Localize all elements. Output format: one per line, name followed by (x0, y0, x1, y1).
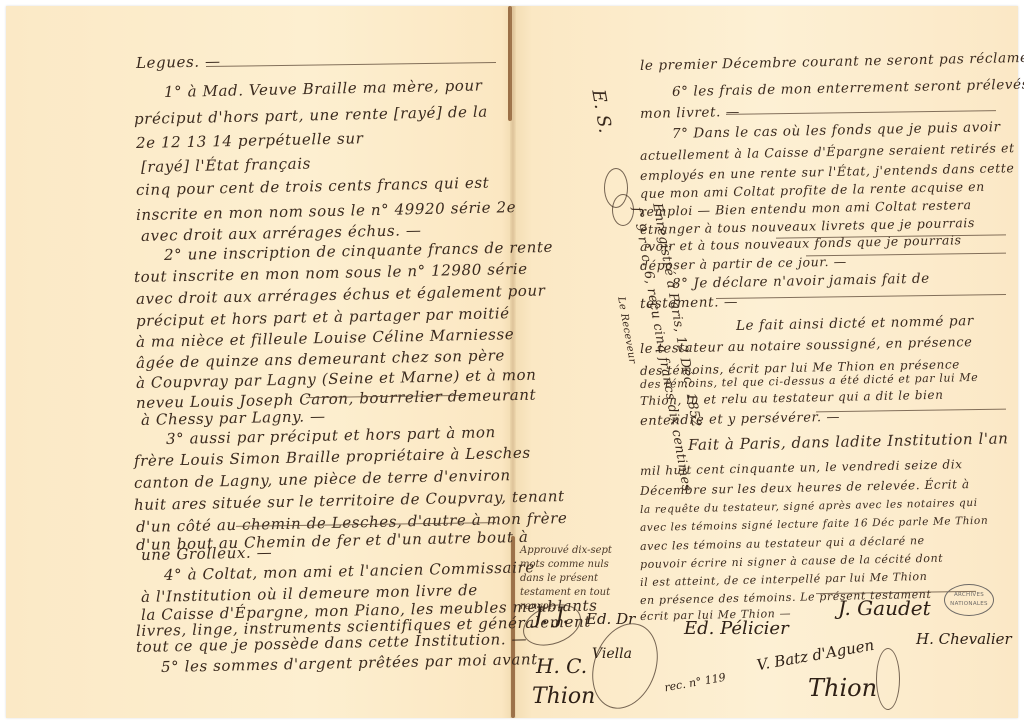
handwritten-line: 6° les frais de mon enterrement seront p… (672, 76, 1024, 100)
registration-flourish (612, 194, 634, 226)
signature: Thion (532, 684, 595, 709)
folio-note: rec. n° 119 (663, 671, 726, 695)
handwritten-line: préciput d'hors part, une rente [rayé] d… (134, 103, 488, 128)
handwritten-line: une Grolleux. — (141, 543, 273, 564)
margin-note-line: testament en tout (520, 586, 612, 600)
margin-note-line: mots comme nuls (520, 558, 612, 572)
rule (206, 62, 496, 67)
handwritten-line: Le fait ainsi dicté et nommé par (736, 313, 974, 334)
handwritten-line: le premier Décembre courant ne seront pa… (640, 49, 1024, 74)
right-page: le premier Décembre courant ne seront pa… (516, 6, 1018, 718)
rule (816, 409, 1006, 413)
signature: V. Batz d'Aguen (755, 636, 875, 674)
handwritten-line: pouvoir écrire ni signer à cause de la c… (640, 552, 944, 571)
handwritten-line: 8° Je déclare n'avoir jamais fait de (672, 271, 930, 292)
handwritten-line: il est atteint, de ce interpellé par lui… (640, 570, 928, 589)
archives-nationales-stamp: ARCHIVES NATIONALES (944, 584, 994, 616)
registration-note: Le Receveur (615, 296, 638, 365)
signature: Ed. Pélicier (684, 618, 789, 639)
stamp-bottom: NATIONALES (945, 600, 993, 609)
signature-flourish (876, 648, 900, 710)
handwritten-line: avec les témoins signé lecture faite 16 … (640, 515, 989, 534)
handwritten-line: Legues. — (136, 52, 221, 72)
stamp-top: ARCHIVES (945, 591, 993, 600)
document-sheet: Legues. — 1° à Mad. Veuve Braille ma mèr… (6, 6, 1018, 718)
handwritten-line: 2e 12 13 14 perpétuelle sur (136, 129, 364, 152)
handwritten-line: Fait à Paris, dans ladite Institution l'… (688, 429, 1009, 454)
signature: Thion (808, 674, 877, 702)
handwritten-line: la requête du testateur, signé après ave… (640, 497, 978, 516)
handwritten-line: cinq pour cent de trois cents francs qui… (136, 174, 490, 199)
handwritten-line: canton de Lagny, une pièce de terre d'en… (134, 466, 511, 492)
rule (716, 294, 1006, 299)
margin-note-line: dans le présent (520, 572, 612, 586)
margin-note-line: Approuvé dix-sept (520, 544, 612, 558)
left-page: Legues. — 1° à Mad. Veuve Braille ma mèr… (6, 6, 510, 718)
handwritten-line: avec les témoins au testateur qui a décl… (640, 534, 925, 553)
handwritten-line: 1° à Mad. Veuve Braille ma mère, pour (164, 76, 483, 101)
signature: J. Gaudet (838, 596, 931, 620)
handwritten-line: [rayé] l'État français (141, 154, 311, 176)
signature: H. C. (536, 654, 587, 678)
rule (726, 110, 996, 115)
signature: H. Chevalier (916, 630, 1012, 648)
handwritten-line: 7° Dans le cas où les fonds que je puis … (672, 119, 1001, 142)
paraph: E. S. (587, 88, 615, 135)
handwritten-line: inscrite en mon nom sous le n° 49920 sér… (136, 198, 516, 224)
handwritten-line: à Chessy par Lagny. — (141, 407, 326, 429)
handwritten-line: actuellement à la Caisse d'Épargne serai… (640, 140, 1015, 163)
